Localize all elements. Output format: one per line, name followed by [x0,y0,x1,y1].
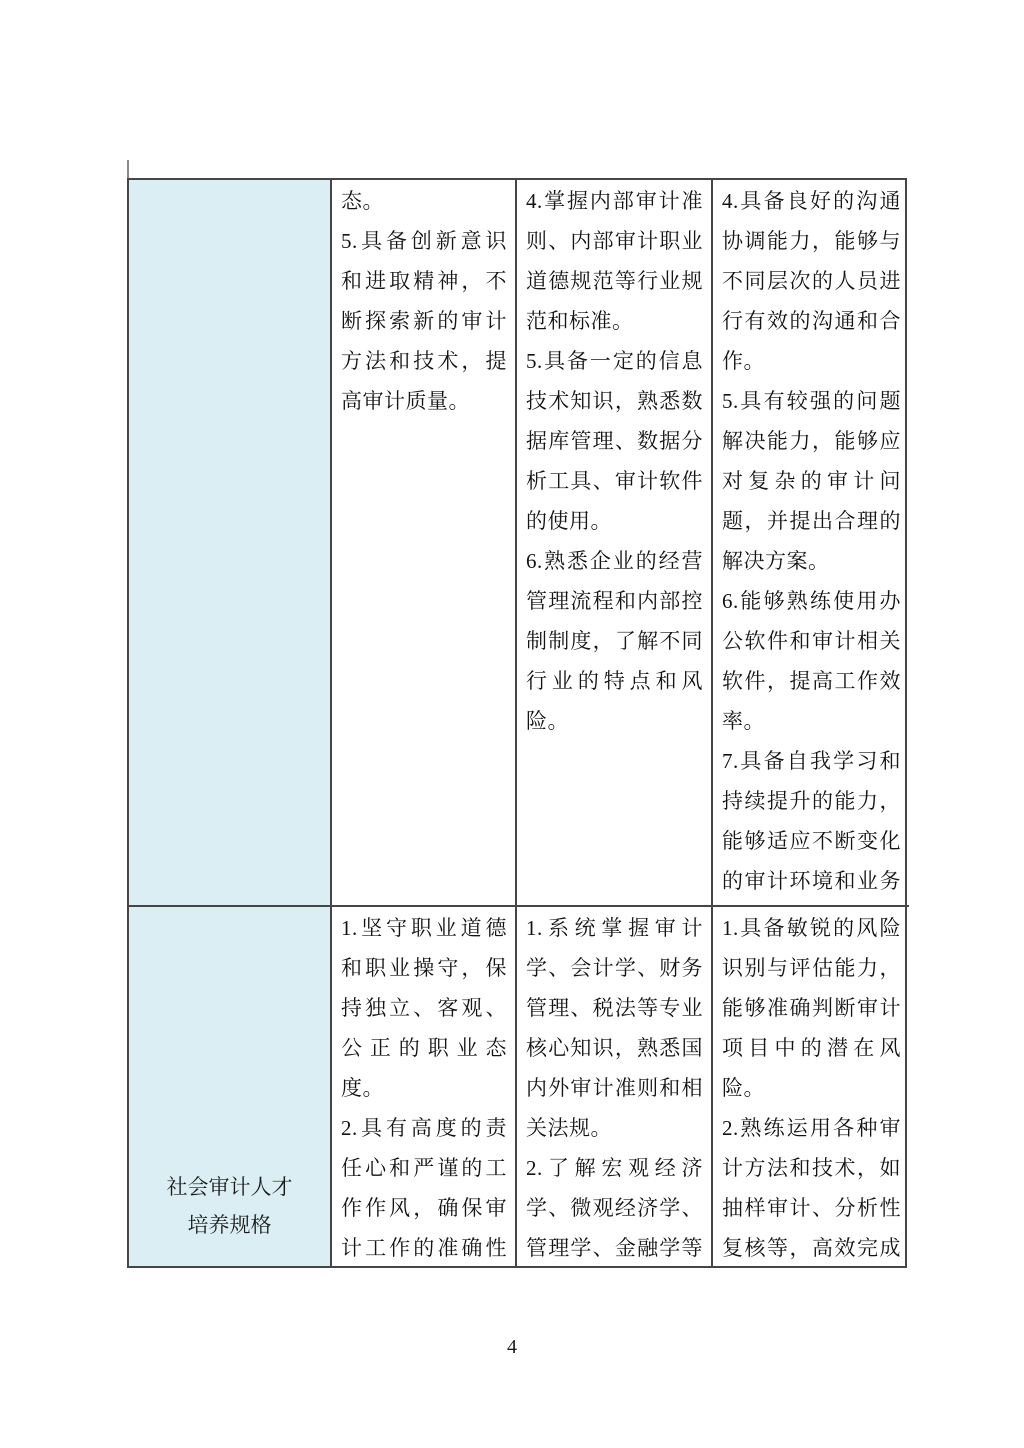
category-cell-social-audit: 社会审计人才 培养规格 [129,907,332,1266]
quality-requirements-cell-continued: 态。 5.具备创新意识和进取精神，不断探索新的审计方法和技术，提高审计质量。 [332,180,517,907]
knowledge-requirements-cell-social: 1.系统掌握审计学、会计学、财务管理、税法等专业核心知识，熟悉国内外审计准则和相… [517,907,713,1266]
table-split-border-tick [127,160,129,178]
ability-requirements-cell-social: 1.具备敏锐的风险识别与评估能力，能够准确判断审计项目中的潜在风险。 2.熟练运… [713,907,909,1266]
quality-requirements-cell-social: 1.坚守职业道德和职业操守，保持独立、客观、公正的职业态度。 2.具有高度的责任… [332,907,517,1266]
page-number: 4 [0,1336,1024,1359]
knowledge-requirements-cell-continued: 4.掌握内部审计准则、内部审计职业道德规范等行业规范和标准。 5.具备一定的信息… [517,180,713,907]
category-cell-continued [129,180,332,907]
training-spec-table: 态。 5.具备创新意识和进取精神，不断探索新的审计方法和技术，提高审计质量。 4… [127,178,907,1268]
document-page: 态。 5.具备创新意识和进取精神，不断探索新的审计方法和技术，提高审计质量。 4… [0,0,1024,1448]
ability-requirements-cell-continued: 4.具备良好的沟通协调能力，能够与不同层次的人员进行有效的沟通和合作。 5.具有… [713,180,909,907]
category-label: 社会审计人才 培养规格 [167,1168,293,1244]
